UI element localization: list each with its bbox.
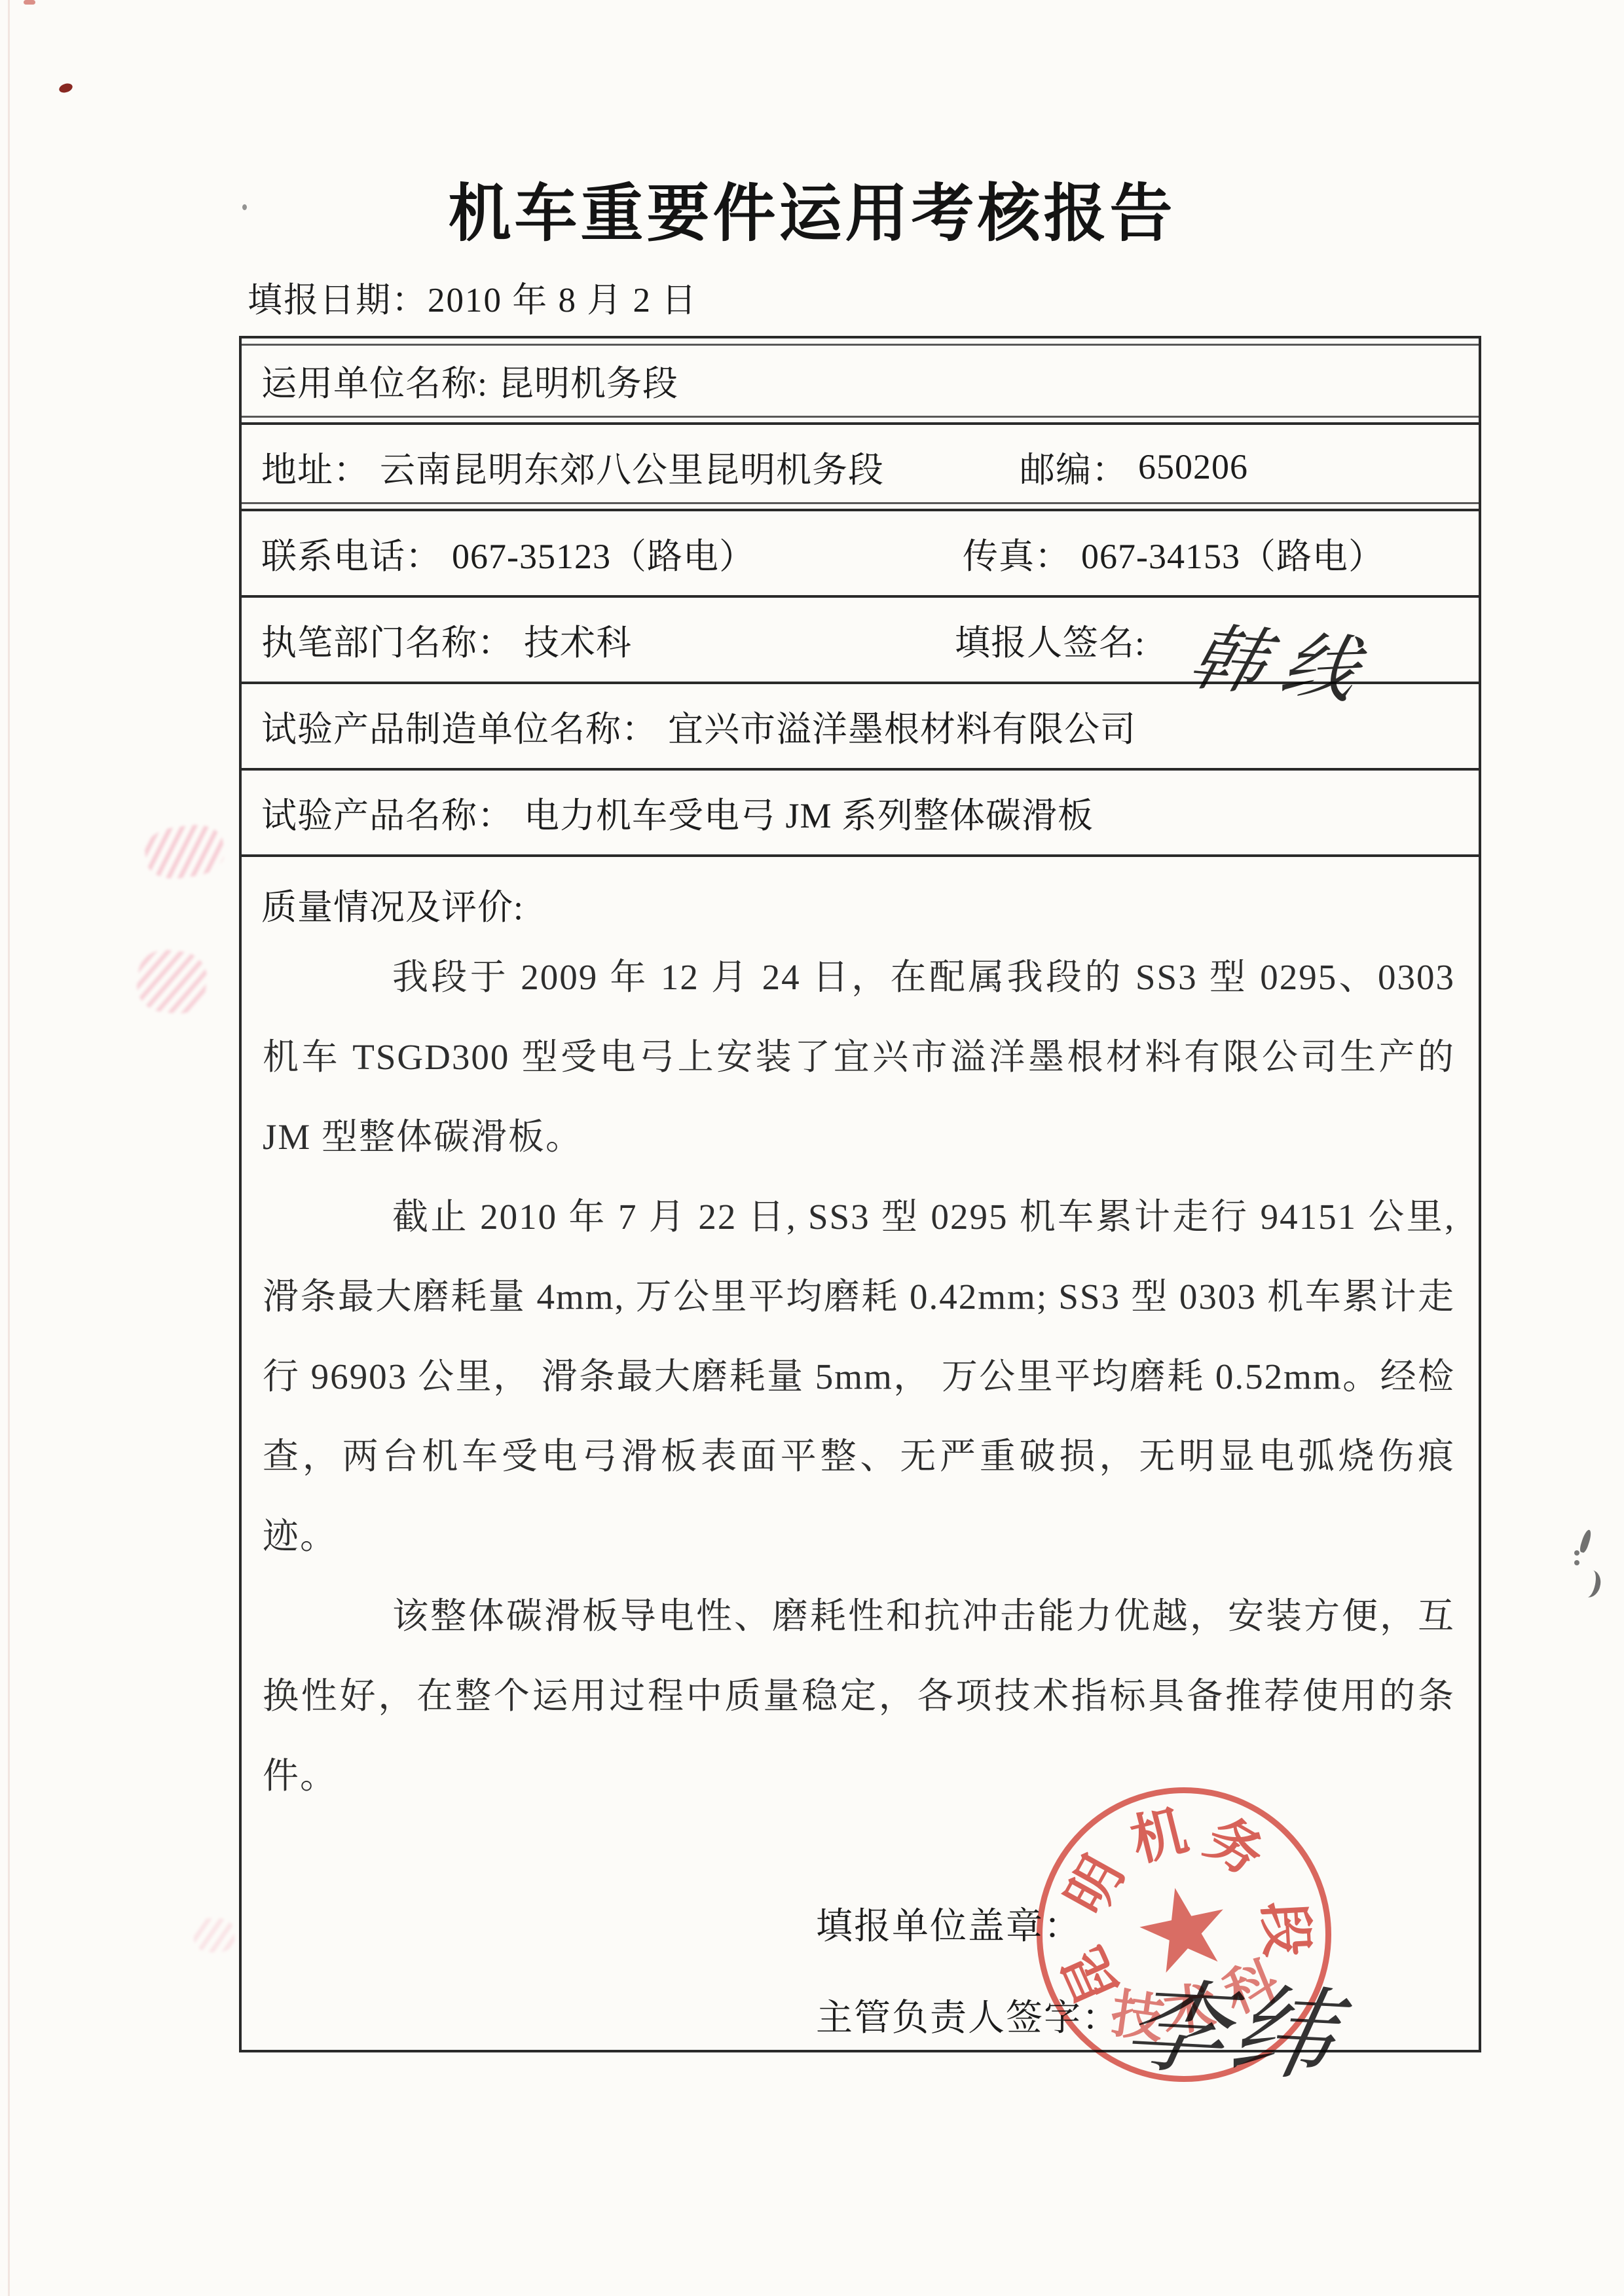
unit-stamp-label: 填报单位盖章： (816, 1897, 1082, 1950)
scan-red-dot (58, 82, 74, 94)
department-label: 执笔部门名称： (261, 615, 513, 665)
scan-pink-smudge (194, 1918, 234, 1952)
scan-red-dash (24, 0, 35, 5)
phone-value: 067-35123（路电） (452, 528, 755, 579)
product-value: 电力机车受电弓 JM 系列整体碳滑板 (524, 788, 1094, 838)
manufacturer-value: 宜兴市溢洋墨根材料有限公司 (668, 701, 1136, 752)
unit-name-label: 运用单位名称: (261, 355, 488, 406)
table-row-phone: 联系电话： 067-35123（路电） 传真： 067-34153（路电） (242, 511, 1479, 598)
zip-label: 邮编： (1020, 442, 1128, 492)
filler-handwritten-signature: 韩线 (1179, 599, 1390, 718)
document-page: 机车重要件运用考核报告 填报日期：2010 年 8 月 2 日 运用单位名称: … (0, 0, 1624, 2296)
fax-field: 传真： 067-34153（路电） (963, 528, 1384, 579)
fax-value: 067-34153（路电） (1081, 528, 1384, 579)
zip-value: 650206 (1138, 446, 1248, 487)
signer-label: 填报人签名: (955, 615, 1145, 665)
table-row-operating-unit: 运用单位名称: 昆明机务段 (242, 338, 1479, 425)
scan-stray-mark (1579, 1529, 1593, 1554)
table-row-quality-evaluation: 质量情况及评价: 我段于 2009 年 12 月 24 日，在配属我段的 SS3… (242, 879, 1479, 2075)
scan-pink-smudge (142, 821, 227, 883)
fax-label: 传真： (963, 528, 1071, 579)
report-date-line: 填报日期：2010 年 8 月 2 日 (248, 272, 697, 322)
manufacturer-label: 试验产品制造单位名称： (261, 701, 657, 752)
zip-field: 邮编： 650206 (1020, 442, 1248, 492)
signer-field: 填报人签名: (955, 615, 1145, 665)
scan-stray-mark (1574, 1550, 1579, 1556)
manager-handwritten-signature: 李纬 (1114, 1946, 1354, 2100)
report-form-table: 运用单位名称: 昆明机务段 地址： 云南昆明东郊八公里昆明机务段 邮编： 650… (239, 336, 1481, 2052)
quality-section-body: 我段于 2009 年 12 月 24 日，在配属我段的 SS3 型 0295、0… (263, 938, 1455, 1816)
address-value: 云南昆明东郊八公里昆明机务段 (380, 442, 884, 492)
department-value: 技术科 (524, 615, 632, 665)
unit-name-value: 昆明机务段 (498, 355, 678, 406)
quality-paragraph-2: 截止 2010 年 7 月 22 日, SS3 型 0295 机车累计走行 94… (263, 1177, 1455, 1576)
phone-label: 联系电话： (261, 528, 441, 579)
manager-sign-label: 主管负责人签字： (816, 1989, 1120, 2041)
scan-edge-line (8, 0, 10, 2296)
address-label: 地址： (261, 442, 369, 492)
quality-section-label: 质量情况及评价: (261, 879, 1479, 930)
scan-stray-mark (1577, 1568, 1603, 1599)
quality-paragraph-3: 该整体碳滑板导电性、磨耗性和抗冲击能力优越，安装方便，互换性好，在整个运用过程中… (263, 1576, 1455, 1816)
scan-pink-smudge (134, 947, 209, 1016)
quality-paragraph-1: 我段于 2009 年 12 月 24 日，在配属我段的 SS3 型 0295、0… (263, 938, 1455, 1177)
table-row-product: 试验产品名称： 电力机车受电弓 JM 系列整体碳滑板 (242, 771, 1479, 857)
report-date-label: 填报日期： (248, 282, 428, 319)
product-label: 试验产品名称： (261, 788, 513, 838)
report-date-value: 2010 年 8 月 2 日 (428, 282, 697, 319)
document-title: 机车重要件运用考核报告 (0, 164, 1624, 253)
table-row-address: 地址： 云南昆明东郊八公里昆明机务段 邮编： 650206 (242, 425, 1479, 511)
